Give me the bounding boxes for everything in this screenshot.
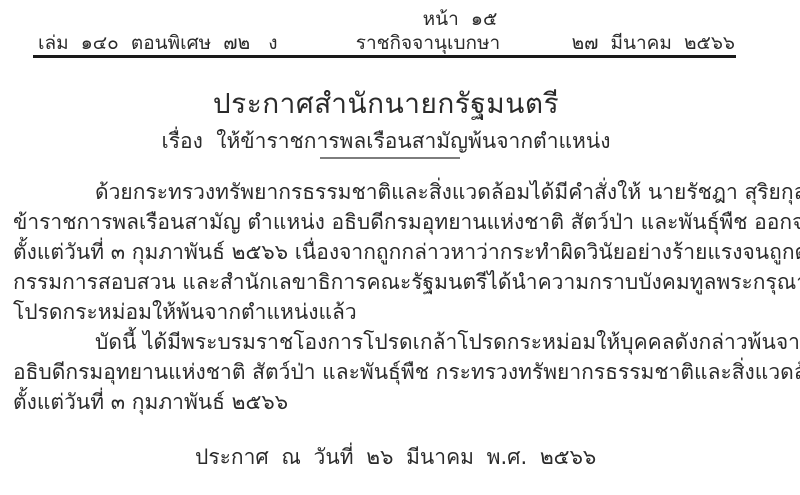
announcement-subject: เรื่อง ให้ข้าราชการพลเรือนสามัญพ้นจากตำแ… — [162, 125, 611, 158]
paragraph2-line2: อธิบดีกรมอุทยานแห่งชาติ สัตว์ป่า และพันธ… — [13, 357, 795, 387]
title-divider-line — [320, 157, 460, 159]
announcement-title: ประกาศสำนักนายกรัฐมนตรี — [213, 82, 559, 126]
paragraph2-line1: บัดนี้ ได้มีพระบรมราชโองการโปรดเกล้าโปรด… — [13, 327, 795, 357]
issue-volume-label: เล่ม ๑๔๐ ตอนพิเศษ ๗๒ ง — [38, 28, 278, 58]
body-text-block: ด้วยกระทรวงทรัพยากรธรรมชาติและสิ่งแวดล้อ… — [13, 177, 795, 417]
paragraph2-line3: ตั้งแต่วันที่ ๓ กุมภาพันธ์ ๒๕๖๖ — [13, 387, 795, 417]
announced-date-line: ประกาศ ณ วันที่ ๒๖ มีนาคม พ.ศ. ๒๕๖๖ — [195, 441, 596, 474]
paragraph1-line2: ข้าราชการพลเรือนสามัญ ตำแหน่ง อธิบดีกรมอ… — [13, 207, 795, 237]
paragraph1-line4: กรรมการสอบสวน และสำนักเลขาธิการคณะรัฐมนต… — [13, 267, 795, 297]
paragraph1-line3: ตั้งแต่วันที่ ๓ กุมภาพันธ์ ๒๕๖๖ เนื่องจา… — [13, 237, 795, 267]
header-rule-divider — [33, 55, 736, 58]
gazette-date: ๒๗ มีนาคม ๒๕๖๖ — [572, 28, 735, 58]
paragraph1-line5: โปรดกระหม่อมให้พ้นจากตำแหน่งแล้ว — [13, 297, 795, 327]
gazette-name: ราชกิจจานุเบกษา — [356, 28, 500, 58]
paragraph1-line1: ด้วยกระทรวงทรัพยากรธรรมชาติและสิ่งแวดล้อ… — [13, 177, 795, 207]
gazette-page: หน้า ๑๕ เล่ม ๑๔๐ ตอนพิเศษ ๗๒ ง ราชกิจจาน… — [0, 0, 800, 495]
